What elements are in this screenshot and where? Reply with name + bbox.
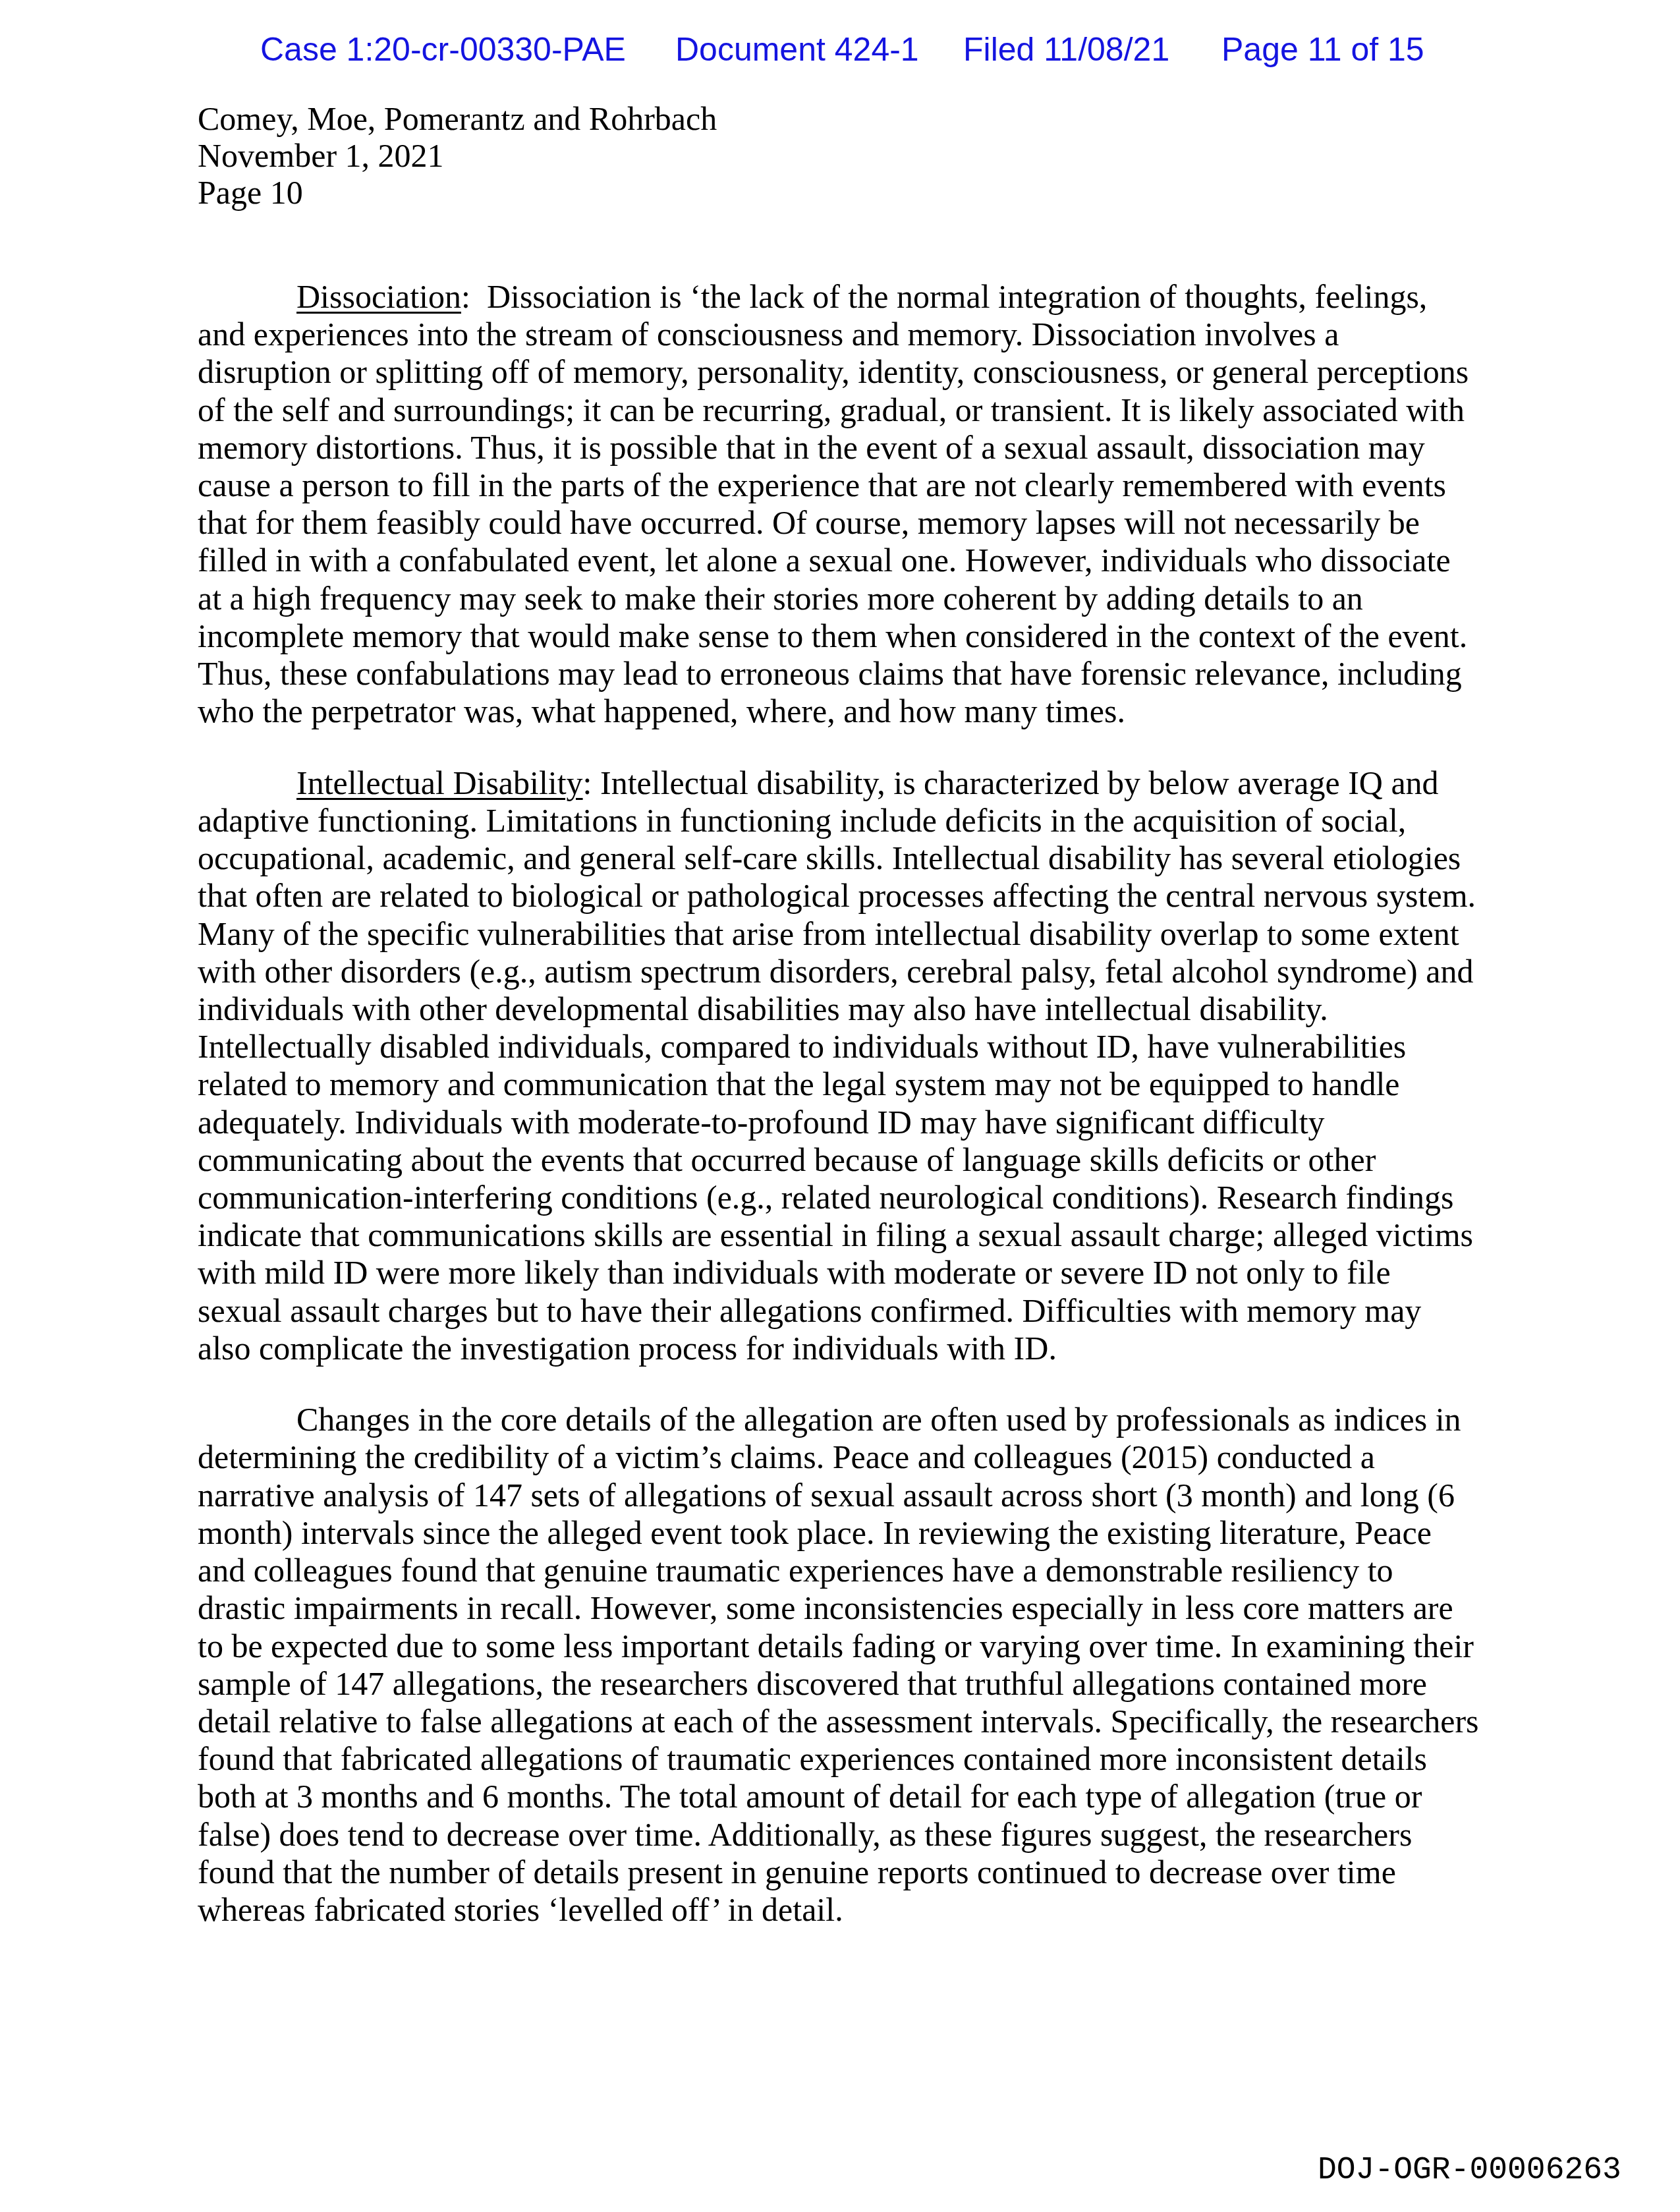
document-number: Document 424-1 (675, 31, 919, 69)
paragraph-line: cause a person to fill in the parts of t… (198, 467, 1489, 504)
letter-body: Dissociation: Dissociation is ‘the lack … (198, 278, 1489, 1962)
paragraph-line: communication-interfering conditions (e.… (198, 1179, 1489, 1216)
paragraph-line: whereas fabricated stories ‘levelled off… (198, 1891, 1489, 1929)
paragraph-first-line: Dissociation: Dissociation is ‘the lack … (198, 278, 1489, 316)
paragraph-line: and experiences into the stream of consc… (198, 316, 1489, 353)
paragraph-line: filled in with a confabulated event, let… (198, 542, 1489, 579)
paragraph-line: at a high frequency may seek to make the… (198, 580, 1489, 617)
paragraph-line: with mild ID were more likely than indiv… (198, 1254, 1489, 1291)
paragraph-line: Many of the specific vulnerabilities tha… (198, 915, 1489, 953)
paragraph-line: found that fabricated allegations of tra… (198, 1740, 1489, 1778)
paragraph-line: of the self and surroundings; it can be … (198, 391, 1489, 429)
case-number: Case 1:20-cr-00330-PAE (260, 31, 626, 69)
section-heading-dissociation: Dissociation (296, 278, 461, 315)
paragraph-text: : Intellectual disability, is characteri… (583, 764, 1439, 801)
paragraph-line: indicate that communications skills are … (198, 1216, 1489, 1254)
page-count: Page 11 of 15 (1221, 31, 1424, 69)
paragraph-first-line: Changes in the core details of the alleg… (198, 1401, 1489, 1438)
paragraph-intellectual-disability: Intellectual Disability: Intellectual di… (198, 764, 1489, 1367)
paragraph-line: to be expected due to some less importan… (198, 1628, 1489, 1665)
paragraph-line: Thus, these confabulations may lead to e… (198, 655, 1489, 693)
paragraph-line: also complicate the investigation proces… (198, 1330, 1489, 1367)
paragraph-dissociation: Dissociation: Dissociation is ‘the lack … (198, 278, 1489, 730)
paragraph-line: incomplete memory that would make sense … (198, 617, 1489, 655)
paragraph-line: and colleagues found that genuine trauma… (198, 1552, 1489, 1589)
bates-number: DOJ-OGR-00006263 (1318, 2152, 1621, 2189)
paragraph-line: memory distortions. Thus, it is possible… (198, 429, 1489, 467)
letter-page-number: Page 10 (198, 174, 717, 211)
paragraph-line: drastic impairments in recall. However, … (198, 1589, 1489, 1627)
paragraph-line: who the perpetrator was, what happened, … (198, 693, 1489, 730)
paragraph-text: : Dissociation is ‘the lack of the norma… (461, 278, 1427, 315)
paragraph-line: sample of 147 allegations, the researche… (198, 1665, 1489, 1703)
paragraph-line: determining the credibility of a victim’… (198, 1438, 1489, 1476)
paragraph-line: communicating about the events that occu… (198, 1141, 1489, 1179)
paragraph-line: individuals with other developmental dis… (198, 990, 1489, 1028)
paragraph-line: disruption or splitting off of memory, p… (198, 353, 1489, 391)
paragraph-line: related to memory and communication that… (198, 1065, 1489, 1103)
document-page: Case 1:20-cr-00330-PAE Document 424-1 Fi… (0, 0, 1680, 2212)
paragraph-line: false) does tend to decrease over time. … (198, 1816, 1489, 1854)
paragraph-line: with other disorders (e.g., autism spect… (198, 953, 1489, 990)
paragraph-line: sexual assault charges but to have their… (198, 1292, 1489, 1330)
paragraph-first-line: Intellectual Disability: Intellectual di… (198, 764, 1489, 802)
letter-header: Comey, Moe, Pomerantz and Rohrbach Novem… (198, 100, 717, 211)
recipients-line: Comey, Moe, Pomerantz and Rohrbach (198, 100, 717, 137)
paragraph-line: that often are related to biological or … (198, 877, 1489, 915)
paragraph-line: narrative analysis of 147 sets of allega… (198, 1477, 1489, 1514)
paragraph-line: month) intervals since the alleged event… (198, 1514, 1489, 1552)
paragraph-line: adaptive functioning. Limitations in fun… (198, 802, 1489, 839)
filed-date: Filed 11/08/21 (963, 31, 1169, 69)
paragraph-line: occupational, academic, and general self… (198, 839, 1489, 877)
paragraph-line: found that the number of details present… (198, 1854, 1489, 1891)
paragraph-line: both at 3 months and 6 months. The total… (198, 1778, 1489, 1815)
letter-date: November 1, 2021 (198, 137, 717, 174)
section-heading-intellectual-disability: Intellectual Disability (296, 764, 583, 801)
paragraph-line: detail relative to false allegations at … (198, 1703, 1489, 1740)
paragraph-core-details: Changes in the core details of the alleg… (198, 1401, 1489, 1929)
paragraph-line: that for them feasibly could have occurr… (198, 504, 1489, 542)
paragraph-line: adequately. Individuals with moderate-to… (198, 1104, 1489, 1141)
paragraph-line: Intellectually disabled individuals, com… (198, 1028, 1489, 1065)
